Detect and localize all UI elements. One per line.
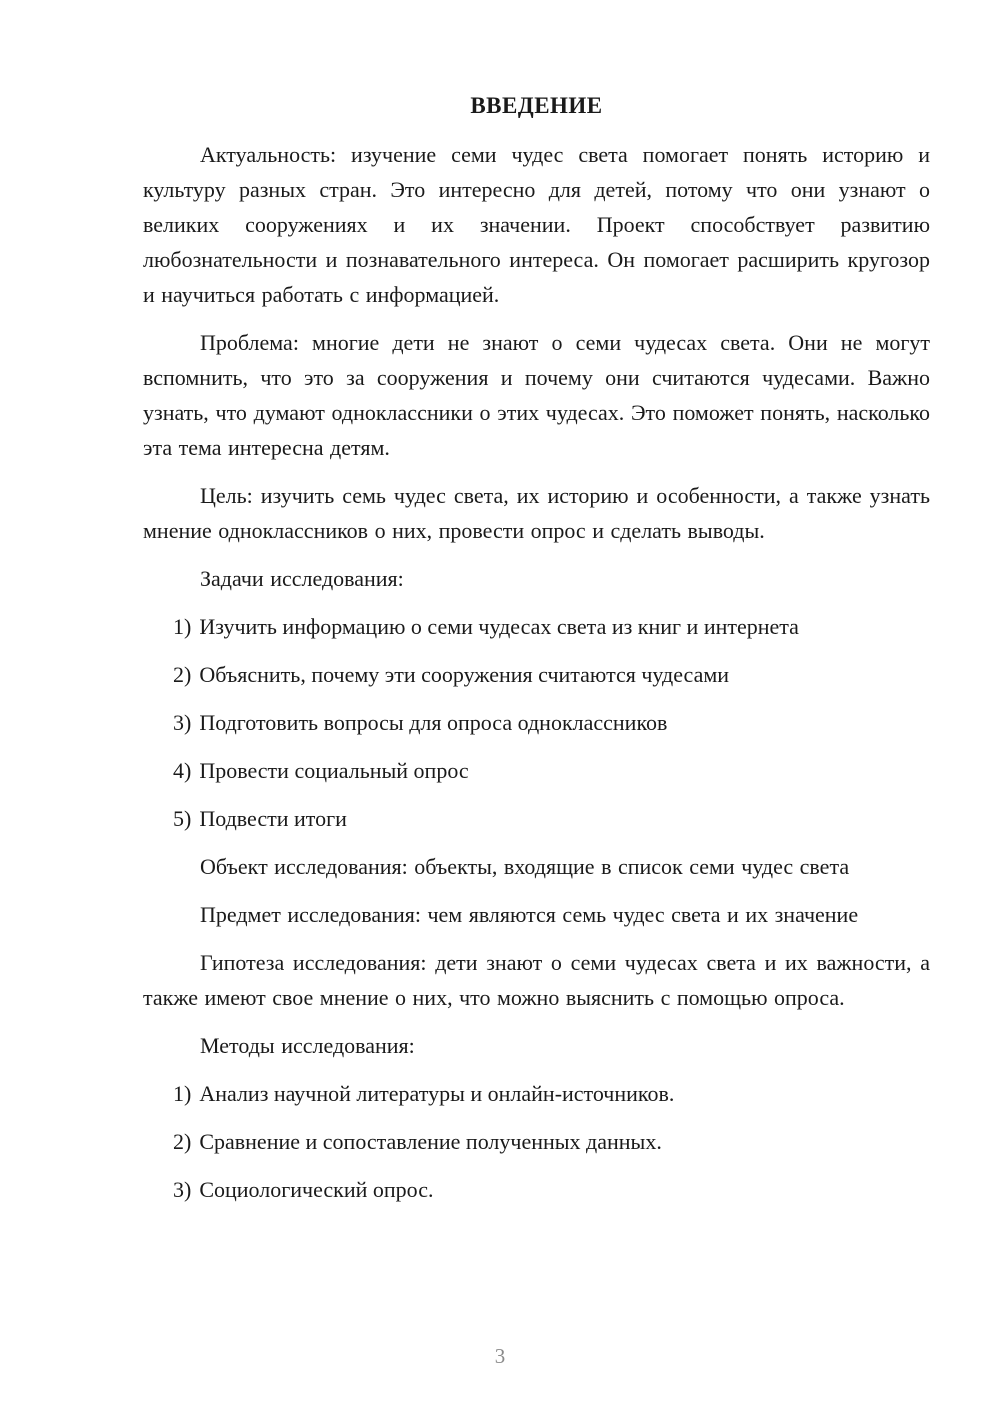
method-item-1-text: Анализ научной литературы и онлайн-источ… — [199, 1081, 674, 1106]
method-item-2: 2)Сравнение и сопоставление полученных д… — [143, 1124, 930, 1159]
method-item-2-marker: 2) — [173, 1129, 191, 1154]
method-item-1-marker: 1) — [173, 1081, 191, 1106]
document-content: ВВЕДЕНИЕ Актуальность: изучение семи чуд… — [0, 0, 1000, 1207]
task-item-3-marker: 3) — [173, 710, 191, 735]
task-item-4-marker: 4) — [173, 758, 191, 783]
method-item-3-marker: 3) — [173, 1177, 191, 1202]
task-item-2: 2)Объяснить, почему эти сооружения счита… — [143, 657, 930, 692]
method-item-3-text: Социологический опрос. — [199, 1177, 433, 1202]
task-item-1: 1)Изучить информацию о семи чудесах свет… — [143, 609, 930, 644]
section-title: ВВЕДЕНИЕ — [143, 88, 930, 123]
paragraph-goal: Цель: изучить семь чудес света, их истор… — [143, 478, 930, 548]
page-number: 3 — [0, 1342, 1000, 1370]
document-page: ВВЕДЕНИЕ Актуальность: изучение семи чуд… — [0, 0, 1000, 1414]
paragraph-problem: Проблема: многие дети не знают о семи чу… — [143, 325, 930, 465]
task-item-2-marker: 2) — [173, 662, 191, 687]
method-item-3: 3)Социологический опрос. — [143, 1172, 930, 1207]
task-item-4-text: Провести социальный опрос — [199, 758, 468, 783]
task-item-5: 5)Подвести итоги — [143, 801, 930, 836]
methods-list: 1)Анализ научной литературы и онлайн-ист… — [143, 1076, 930, 1207]
task-item-4: 4)Провести социальный опрос — [143, 753, 930, 788]
task-item-2-text: Объяснить, почему эти сооружения считают… — [199, 662, 729, 687]
task-item-1-marker: 1) — [173, 614, 191, 639]
paragraph-subject: Предмет исследования: чем являются семь … — [143, 897, 930, 932]
tasks-heading: Задачи исследования: — [143, 561, 930, 596]
tasks-list: 1)Изучить информацию о семи чудесах свет… — [143, 609, 930, 836]
task-item-3: 3)Подготовить вопросы для опроса однокла… — [143, 705, 930, 740]
method-item-1: 1)Анализ научной литературы и онлайн-ист… — [143, 1076, 930, 1111]
task-item-1-text: Изучить информацию о семи чудесах света … — [199, 614, 799, 639]
paragraph-relevance: Актуальность: изучение семи чудес света … — [143, 137, 930, 312]
paragraph-object: Объект исследования: объекты, входящие в… — [143, 849, 930, 884]
task-item-3-text: Подготовить вопросы для опроса однокласс… — [199, 710, 667, 735]
task-item-5-text: Подвести итоги — [199, 806, 347, 831]
methods-heading: Методы исследования: — [143, 1028, 930, 1063]
paragraph-hypothesis: Гипотеза исследования: дети знают о семи… — [143, 945, 930, 1015]
method-item-2-text: Сравнение и сопоставление полученных дан… — [199, 1129, 662, 1154]
task-item-5-marker: 5) — [173, 806, 191, 831]
